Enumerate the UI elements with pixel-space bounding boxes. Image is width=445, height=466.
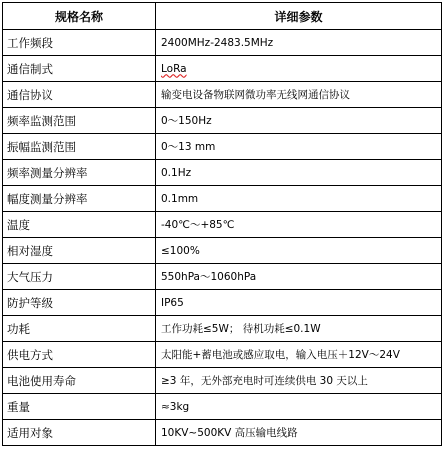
spec-value: IP65 [156,290,442,316]
spec-value: 550hPa～1060hPa [156,264,442,290]
table-row: 幅度测量分辨率0.1mm [3,186,442,212]
spec-name: 功耗 [3,316,156,342]
table-row: 工作频段2400MHz-2483.5MHz [3,30,442,56]
spec-value: LoRa [161,63,187,75]
table-row: 大气压力550hPa～1060hPa [3,264,442,290]
table-row: 通信制式LoRa [3,56,442,82]
spec-name: 工作频段 [3,30,156,56]
spec-name: 供电方式 [3,342,156,368]
spec-table: 规格名称 详细参数 工作频段2400MHz-2483.5MHz 通信制式LoRa… [2,2,442,446]
table-row: 通信协议输变电设备物联网微功率无线网通信协议 [3,82,442,108]
spec-value: ≈3kg [156,394,442,420]
spec-name: 频率监测范围 [3,108,156,134]
spec-name: 防护等级 [3,290,156,316]
spec-name: 电池使用寿命 [3,368,156,394]
spec-value: -40℃～+85℃ [156,212,442,238]
spec-value: 10KV~500KV 高压输电线路 [156,420,442,446]
spec-value: 0～150Hz [156,108,442,134]
spec-value: 输变电设备物联网微功率无线网通信协议 [156,82,442,108]
spec-name: 重量 [3,394,156,420]
spec-name: 通信协议 [3,82,156,108]
table-row: 重量≈3kg [3,394,442,420]
spec-value: 0.1mm [156,186,442,212]
table-row: 防护等级IP65 [3,290,442,316]
spec-name: 大气压力 [3,264,156,290]
table-row: 电池使用寿命≥3 年，无外部充电时可连续供电 30 天以上 [3,368,442,394]
spec-value: 2400MHz-2483.5MHz [156,30,442,56]
spec-value: ≤100% [156,238,442,264]
table-row: 相对湿度≤100% [3,238,442,264]
table-row: 振幅监测范围0～13 mm [3,134,442,160]
spec-name: 幅度测量分辨率 [3,186,156,212]
table-row: 温度-40℃～+85℃ [3,212,442,238]
table-row: 频率监测范围0～150Hz [3,108,442,134]
spec-value: 工作功耗≤5W； 待机功耗≤0.1W [156,316,442,342]
spec-value: 0.1Hz [156,160,442,186]
spec-name: 温度 [3,212,156,238]
table-row: 供电方式太阳能+蓄电池或感应取电，输入电压＋12V～24V [3,342,442,368]
header-spec-detail: 详细参数 [156,3,442,30]
spec-name: 振幅监测范围 [3,134,156,160]
spec-value: ≥3 年，无外部充电时可连续供电 30 天以上 [156,368,442,394]
spec-value: 0～13 mm [156,134,442,160]
table-row: 频率测量分辨率0.1Hz [3,160,442,186]
spec-name: 频率测量分辨率 [3,160,156,186]
spec-name: 相对湿度 [3,238,156,264]
header-spec-name: 规格名称 [3,3,156,30]
header-row: 规格名称 详细参数 [3,3,442,30]
spec-name: 通信制式 [3,56,156,82]
table-row: 适用对象10KV~500KV 高压输电线路 [3,420,442,446]
spec-value: 太阳能+蓄电池或感应取电，输入电压＋12V～24V [156,342,442,368]
spec-name: 适用对象 [3,420,156,446]
table-row: 功耗工作功耗≤5W； 待机功耗≤0.1W [3,316,442,342]
